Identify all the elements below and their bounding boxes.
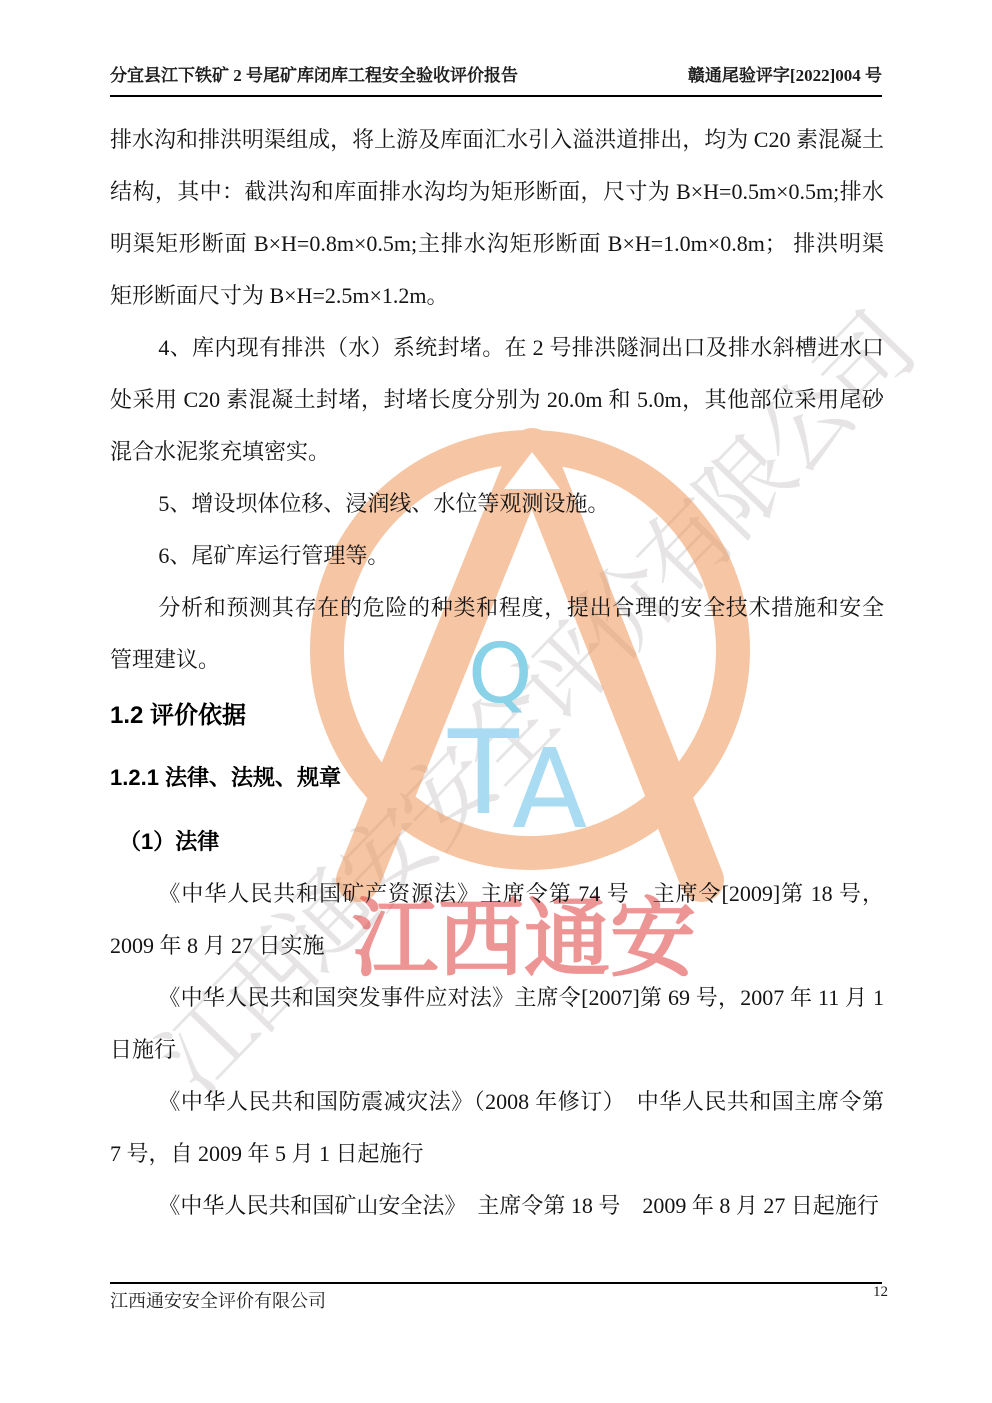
- subsection-heading-laws: （1）法律: [110, 816, 884, 868]
- footer-company-name: 江西通安安全评价有限公司: [110, 1287, 326, 1313]
- header-rule: [110, 95, 882, 97]
- page-footer: 江西通安安全评价有限公司 12: [110, 1287, 888, 1313]
- page-number: 12: [873, 1284, 888, 1301]
- body-paragraph-item-5: 5、增设坝体位移、浸润线、水位等观测设施。: [110, 478, 884, 530]
- footer-rule: [110, 1282, 882, 1284]
- section-heading-1-2-1: 1.2.1 法律、法规、规章: [110, 752, 884, 804]
- body-paragraph-item-6: 6、尾矿库运行管理等。: [110, 530, 884, 582]
- page-header: 分宜县江下铁矿 2 号尾矿库闭库工程安全验收评价报告 赣通尾验评字[2022]0…: [110, 61, 882, 86]
- law-entry-earthquake-mitigation: 《中华人民共和国防震减灾法》（2008 年修订） 中华人民共和国主席令第 7 号…: [110, 1076, 884, 1180]
- law-entry-mine-safety: 《中华人民共和国矿山安全法》 主席令第 18 号 2009 年 8 月 27 日…: [110, 1180, 884, 1232]
- document-body: 排水沟和排洪明渠组成，将上游及库面汇水引入溢洪道排出，均为 C20 素混凝土结构…: [110, 98, 884, 1232]
- body-paragraph-analysis: 分析和预测其存在的危险的种类和程度，提出合理的安全技术措施和安全管理建议。: [110, 582, 884, 686]
- law-entry-mineral-resources: 《中华人民共和国矿产资源法》主席令第 74 号 主席令[2009]第 18 号，…: [110, 868, 884, 972]
- header-report-title: 分宜县江下铁矿 2 号尾矿库闭库工程安全验收评价报告: [110, 61, 518, 86]
- law-entry-emergency-response: 《中华人民共和国突发事件应对法》主席令[2007]第 69 号，2007 年 1…: [110, 972, 884, 1076]
- header-document-code: 赣通尾验评字[2022]004 号: [688, 61, 882, 86]
- body-paragraph: 排水沟和排洪明渠组成，将上游及库面汇水引入溢洪道排出，均为 C20 素混凝土结构…: [110, 114, 884, 322]
- document-page: 分宜县江下铁矿 2 号尾矿库闭库工程安全验收评价报告 赣通尾验评字[2022]0…: [0, 0, 992, 1403]
- section-heading-1-2: 1.2 评价依据: [110, 690, 884, 742]
- body-paragraph-item-4: 4、库内现有排洪（水）系统封堵。在 2 号排洪隧洞出口及排水斜槽进水口处采用 C…: [110, 322, 884, 478]
